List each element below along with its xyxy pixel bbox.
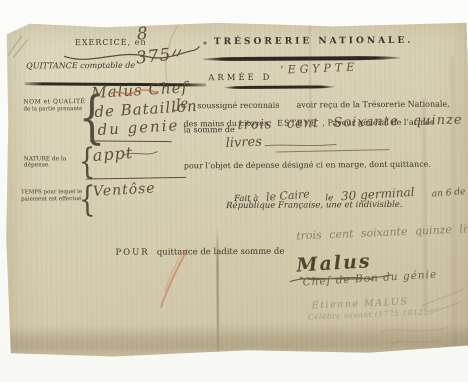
body-je: Je	[175, 96, 189, 112]
nom-label-line1: NOM et QUALITÉ	[23, 98, 85, 106]
exercice-value: 8	[136, 24, 148, 45]
somme-label: la somme de	[184, 125, 235, 134]
temps-label-line2: paiement est effectué.	[21, 196, 87, 203]
somme-value2: livres	[225, 135, 262, 152]
quittance-label: QUITTANCE comptable de	[26, 61, 135, 71]
armee-value: ’EGYPTE	[280, 60, 359, 76]
quittance-value: 375	[135, 45, 172, 69]
red-chalk-squiggle	[108, 88, 160, 98]
temps-label: TEMPS pour lequel le paiement est effect…	[21, 189, 87, 203]
temps-value: Ventôse	[93, 180, 156, 200]
photo-background: EXERCICE, en 8 QUITTANCE comptable de 37…	[0, 0, 468, 382]
quittance-livre-ticks	[169, 48, 183, 58]
nature-flourish	[121, 148, 161, 160]
somme-dash	[263, 141, 339, 150]
pencil-scribble-bottom	[376, 319, 456, 350]
nom-label-line2: de la partie prenante	[23, 106, 85, 114]
tresorerie-rule	[202, 56, 400, 61]
fait-an: an 6 de la	[431, 186, 468, 199]
corner-pencil-scribble	[4, 29, 38, 63]
nom-label: NOM et QUALITÉ de la partie prenante	[23, 98, 85, 113]
nom-value-line3: du genie	[97, 116, 180, 139]
pour-value: trois cent soixante quinze livres	[296, 221, 468, 242]
red-chalk-stroke	[155, 247, 191, 311]
armee-label: ARMÉE D	[208, 73, 272, 83]
somme-underline	[276, 149, 390, 152]
fleuron-icon: *	[203, 40, 207, 49]
document-paper: EXERCICE, en 8 QUITTANCE comptable de 37…	[4, 19, 468, 358]
objet-line: pour l’objet de dépense désigné ci en ma…	[184, 160, 431, 171]
nature-underline	[86, 177, 186, 180]
body-line1a: soussigné reconnais	[197, 101, 279, 111]
body-line1b: avoir reçu de la Trésorerie Nationale,	[296, 100, 449, 110]
fait-line2: République Française, une et indivisible…	[226, 200, 402, 211]
pour-quittance-line: POUR quittance de ladite somme de	[115, 239, 284, 259]
armee-rule	[224, 85, 334, 89]
tresorerie-title: TRÉSORERIE NATIONALE.	[214, 36, 413, 47]
pour-label: POUR	[115, 248, 149, 258]
